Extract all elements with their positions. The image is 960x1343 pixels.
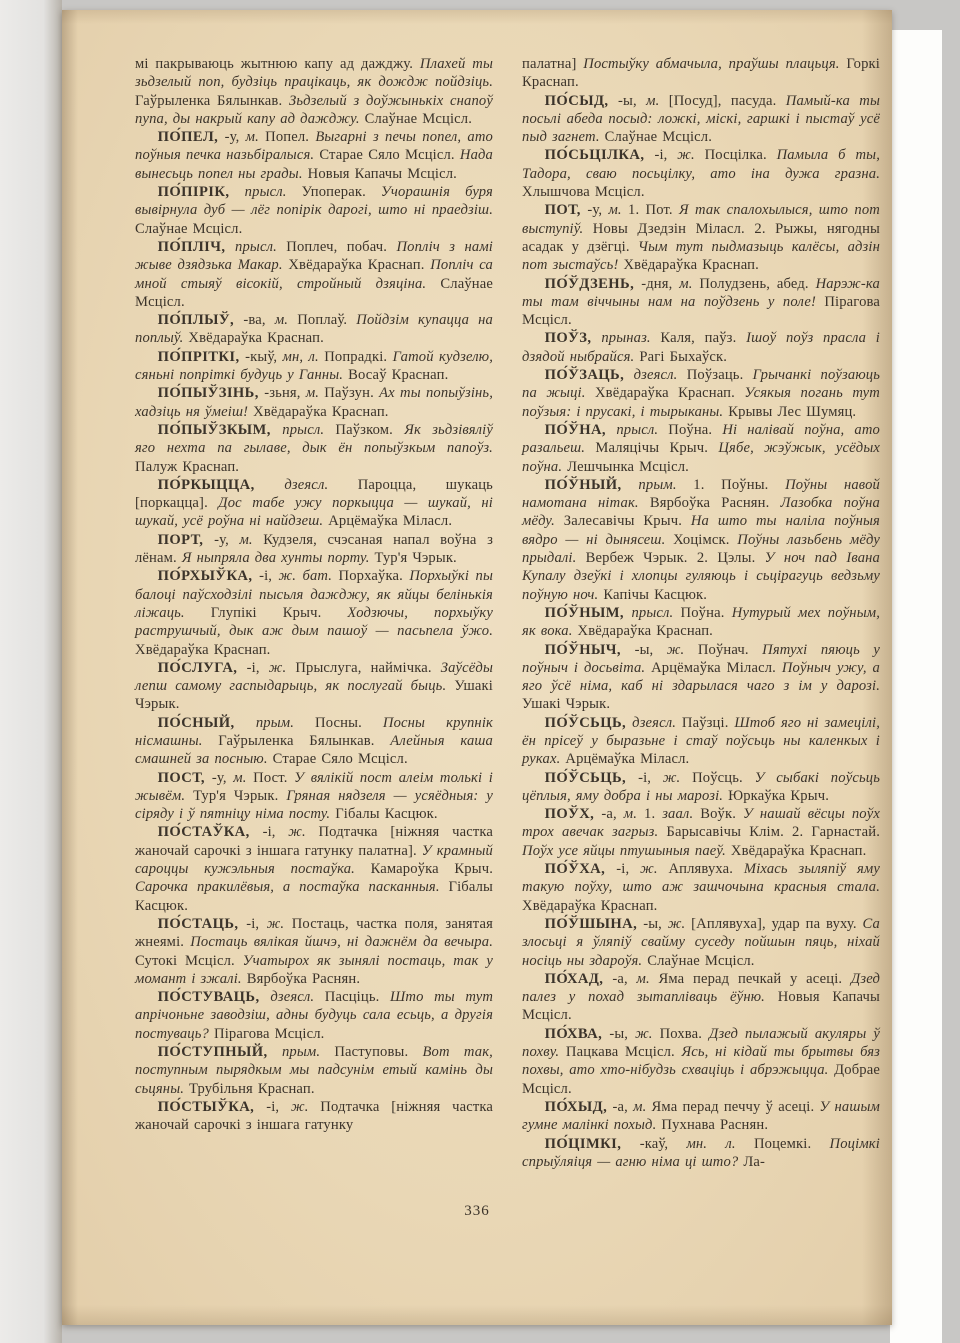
dictionary-entry: ПО́ХАД, -а, м. Яма перад печкай у асеці.… xyxy=(522,970,880,1025)
italic-text: прым. xyxy=(282,1044,334,1060)
regular-text: Слаўнае Мсцісл. xyxy=(605,129,712,145)
dictionary-entry: ПО́ПЛІЧ, прысл. Поплеч, побач. Попліч з … xyxy=(135,238,493,311)
headword: ПО́ЎНЫМ, xyxy=(545,605,632,621)
headword: ПОТ, xyxy=(545,202,588,218)
regular-text: Хвёдараўка Краснап. xyxy=(623,257,758,273)
regular-text: Хлышчова Мсцісл. xyxy=(522,184,645,200)
dictionary-entry: ПО́ПЕЛ, -у, м. Попел. Выгарні з печы поп… xyxy=(135,128,493,183)
regular-text: Хвёдараўка Краснап. xyxy=(595,385,744,401)
italic-text: ж. xyxy=(663,770,692,786)
regular-text: Ушакі Чэрык. xyxy=(522,696,610,712)
dictionary-entry: ПО́ПІРІК, прысл. Упоперак. Учорашнія бур… xyxy=(135,183,493,238)
regular-text: Гібалы Касцюк. xyxy=(335,806,438,822)
headword: ПОСТ, xyxy=(158,770,212,786)
italic-text: мн, л. xyxy=(283,349,325,365)
regular-text: -у, xyxy=(214,532,239,548)
regular-text: Пацкава Мсцісл. xyxy=(566,1044,682,1060)
italic-text: м. xyxy=(624,806,644,822)
scanner-background-left xyxy=(0,0,62,1343)
italic-text: дзеясл. xyxy=(270,989,324,1005)
regular-text: Поўна. xyxy=(681,605,732,621)
regular-text: Ла- xyxy=(743,1154,765,1170)
headword: ПО́ПЛЫЎ, xyxy=(158,312,244,328)
italic-text: ж. xyxy=(288,824,318,840)
regular-text: Каля, паўз. xyxy=(660,330,746,346)
regular-text: -а, xyxy=(613,1099,634,1115)
dictionary-entry: ПО́РХЫЎКА, -і, ж. бат. Порхаўка. Порхыўк… xyxy=(135,567,493,658)
regular-text: Аплявуха. xyxy=(668,861,743,877)
headword: ПО́ПРІТКІ, xyxy=(158,349,246,365)
regular-text: -ы, xyxy=(609,1026,635,1042)
regular-text: -кыў, xyxy=(245,349,282,365)
regular-text: Яма перад печкай у асеці. xyxy=(658,971,850,987)
italic-text: прым. xyxy=(638,477,693,493)
headword: ПО́ЎНЫЙ, xyxy=(545,477,639,493)
regular-text: Упоперак. xyxy=(302,184,381,200)
regular-text: Гаўрыленка Бялынкав. xyxy=(218,733,390,749)
regular-text: Поўзаць. xyxy=(687,367,753,383)
regular-text: Вярбоўка Раснян. xyxy=(247,971,360,987)
regular-text: Яма перад печчу ў асеці. xyxy=(652,1099,820,1115)
regular-text: Арцёмаўка Міласл. xyxy=(651,660,782,676)
dictionary-entry: ПО́РКЫЦЦА, дзеясл. Пароцца, шукаць [порк… xyxy=(135,476,493,531)
regular-text: Посны. xyxy=(315,715,383,731)
regular-text: -а, xyxy=(601,806,623,822)
dictionary-entry: ПО́СТЫЎКА, -і, ж. Подтачка [ніжняя частк… xyxy=(135,1098,493,1135)
dictionary-entry: ПО́ПЫЎЗІНЬ, -зьня, м. Паўзун. Ах ты попы… xyxy=(135,384,493,421)
regular-text: Сутокі Мсцісл. xyxy=(135,953,243,969)
dictionary-entry: ПОСТ, -у, м. Пост. У вялікій пост алеім … xyxy=(135,769,493,824)
scan-background: { "page_number": "336", "colors": { "pap… xyxy=(0,0,960,1343)
headword: ПО́ЎСЬЦЬ, xyxy=(545,715,633,731)
dictionary-entry: ПО́ЎНЫЧ, -ы, ж. Поўнач. Пятухі пяюць у п… xyxy=(522,641,880,714)
regular-text: Слаўнае Мсцісл. xyxy=(647,953,754,969)
regular-text: Трубільня Краснап. xyxy=(189,1081,315,1097)
headword: ПО́ЎХА, xyxy=(545,861,617,877)
dictionary-entry: ПО́ЎНА, прысл. Поўна. Ні налівай поўна, … xyxy=(522,421,880,476)
regular-text: Юркаўка Крыч. xyxy=(728,788,829,804)
italic-text: Постыўку абмачыла, праўшы плацьця. xyxy=(583,56,846,72)
regular-text: -у, xyxy=(212,770,233,786)
regular-text: Полудзень, абед. xyxy=(699,276,815,292)
headword: ПО́СНЫЙ, xyxy=(158,715,256,731)
regular-text: Арцёмаўка Міласл. xyxy=(565,751,689,767)
regular-text: -і, xyxy=(266,1099,291,1115)
italic-text: м. xyxy=(633,1099,651,1115)
headword: ПО́ХВА, xyxy=(545,1026,610,1042)
headword: ПО́ЎНЫЧ, xyxy=(545,642,635,658)
dictionary-entry: мі пакрываюць жытнюю капу ад дажджу. Пла… xyxy=(135,55,493,128)
regular-text: Пасціць. xyxy=(325,989,390,1005)
regular-text: Хвёдараўка Краснап. xyxy=(253,404,388,420)
dictionary-entry: ПО́ХЫД, -а, м. Яма перад печчу ў асеці. … xyxy=(522,1098,880,1135)
regular-text: Новыя Капачы Мсцісл. xyxy=(308,166,457,182)
dictionary-entry: ПО́ЎШЫНА, -ы, ж. [Аплявуха], удар па вух… xyxy=(522,915,880,970)
regular-text: Слаўнае Мсцісл. xyxy=(365,111,472,127)
regular-text: -ы, xyxy=(635,642,667,658)
dictionary-entry: ПОЎХ, -а, м. 1. заал. Воўк. У нашай вёсц… xyxy=(522,805,880,860)
regular-text: Хвёдараўка Краснап. xyxy=(578,623,713,639)
italic-text: м. xyxy=(637,971,659,987)
dictionary-entry: ПО́СТАЎКА, -і, ж. Подтачка [ніжняя частк… xyxy=(135,823,493,914)
italic-text: ж. xyxy=(677,147,704,163)
regular-text: -і, xyxy=(246,916,267,932)
regular-text: Хвёдараўка Краснап. xyxy=(288,257,430,273)
italic-text: Поўх усе яйцы птушыныя паеў. xyxy=(522,843,731,859)
headword: ПО́ПЫЎЗІНЬ, xyxy=(158,385,265,401)
italic-text: ж. xyxy=(269,660,296,676)
regular-text: Хоцімск. xyxy=(673,532,737,548)
regular-text: -у, xyxy=(587,202,608,218)
book-page: мі пакрываюць жытнюю капу ад дажджу. Пла… xyxy=(62,10,892,1325)
headword: ПО́СТУПНЫЙ, xyxy=(158,1044,282,1060)
regular-text: 1. Пот. xyxy=(628,202,679,218)
regular-text: -ы, xyxy=(643,916,668,932)
italic-text: м. xyxy=(246,129,265,145)
italic-text: дзеясл. xyxy=(284,477,357,493)
regular-text: Вярбоўка Раснян. xyxy=(650,495,781,511)
regular-text: Поўнач. xyxy=(698,642,762,658)
dictionary-entry: ПО́СЫД, -ы, м. [Посуд], пасуда. Памый-ка… xyxy=(522,92,880,147)
regular-text: -дня, xyxy=(641,276,679,292)
regular-text: Поплаў. xyxy=(297,312,356,328)
italic-text: прысл. xyxy=(616,422,668,438)
regular-text: Поўсць. xyxy=(692,770,755,786)
dictionary-entry: ПО́ЎДЗЕНЬ, -дня, м. Полудзень, абед. Нар… xyxy=(522,275,880,330)
italic-text: м. xyxy=(306,385,324,401)
italic-text: прысл. xyxy=(235,239,286,255)
regular-text: Капічы Касцюк. xyxy=(603,587,707,603)
regular-text: Паступовы. xyxy=(334,1044,422,1060)
dictionary-entry: ПО́ЎХА, -і, ж. Аплявуха. Міхась зыляпіў … xyxy=(522,860,880,915)
dictionary-entry: ПОТ, -у, м. 1. Пот. Я так спалохылыся, ш… xyxy=(522,201,880,274)
dictionary-entry: ПО́ПЛЫЎ, -ва, м. Поплаў. Пойдзім купацца… xyxy=(135,311,493,348)
italic-text: м. xyxy=(679,276,699,292)
headword: ПО́ХАД, xyxy=(545,971,613,987)
headword: ПО́ЎДЗЕНЬ, xyxy=(545,276,642,292)
italic-text: прым. xyxy=(256,715,315,731)
italic-text: Я ныпряла два хунты порту. xyxy=(182,550,375,566)
italic-text: ж. бат. xyxy=(279,568,339,584)
dictionary-entry: ПО́ПРІТКІ, -кыў, мн, л. Попрадкі. Гатой … xyxy=(135,348,493,385)
regular-text: Вербеж Чэрык. 2. Цэлы. xyxy=(586,550,765,566)
regular-text: Хвёдараўка Краснап. xyxy=(135,642,270,658)
regular-text: Пірагова Мсцісл. xyxy=(214,1026,324,1042)
regular-text: -і, xyxy=(616,861,640,877)
regular-text: Паўзці. xyxy=(682,715,734,731)
dictionary-entry: ПО́СТАЦЬ, -і, ж. Постаць, частка поля, з… xyxy=(135,915,493,988)
regular-text: Восаў Краснап. xyxy=(348,367,448,383)
regular-text: Палуж Краснап. xyxy=(135,459,239,475)
headword: ПОЎЗ, xyxy=(545,330,602,346)
adjacent-page-edge xyxy=(890,30,942,1343)
regular-text: Пухнава Раснян. xyxy=(661,1117,768,1133)
dictionary-entry: ПО́ЎСЬЦЬ, -і, ж. Поўсць. У сыбакі поўсьц… xyxy=(522,769,880,806)
regular-text: Тур'я Чэрык. xyxy=(193,788,286,804)
dictionary-entry: ПО́ЎНЫМ, прысл. Поўна. Нутурый мех поўны… xyxy=(522,604,880,641)
right-column: палатна] Постыўку абмачыла, праўшы плаць… xyxy=(522,55,880,1171)
italic-text: дзеясл. xyxy=(632,715,682,731)
headword: ПО́РХЫЎКА, xyxy=(158,568,259,584)
headword: ПО́ПЕЛ, xyxy=(158,129,225,145)
regular-text: -і, xyxy=(247,660,269,676)
headword: ПО́ЎНА, xyxy=(545,422,617,438)
regular-text: Прыслуга, наймічка. xyxy=(295,660,440,676)
regular-text: Паўзком. xyxy=(335,422,404,438)
italic-text: ж. xyxy=(267,916,292,932)
regular-text: -а, xyxy=(612,971,636,987)
dictionary-entry: ПОЎЗ, прыназ. Каля, паўз. Ішоў поўз прас… xyxy=(522,329,880,366)
headword: ПО́СЫД, xyxy=(545,93,618,109)
regular-text: -і, xyxy=(654,147,677,163)
headword: ПО́ЎСЬЦЬ, xyxy=(545,770,638,786)
italic-text: ж. xyxy=(640,861,668,877)
regular-text: Попел. xyxy=(265,129,315,145)
regular-text: Тур'я Чэрык. xyxy=(375,550,457,566)
headword: ПО́СТАЦЬ, xyxy=(158,916,247,932)
regular-text: Слаўнае Мсцісл. xyxy=(135,221,242,237)
regular-text: -ва, xyxy=(243,312,274,328)
dictionary-entry: ПО́СНЫЙ, прым. Посны. Посны крупнік нісм… xyxy=(135,714,493,769)
headword: ПО́ЎЗАЦЬ, xyxy=(545,367,634,383)
headword: ПО́ПІРІК, xyxy=(158,184,245,200)
regular-text: Старае Сяло Мсцісл. xyxy=(319,147,460,163)
italic-text: м. xyxy=(608,202,628,218)
regular-text: Гаўрыленка Бялынкав. xyxy=(135,93,289,109)
regular-text: Старае Сяло Мсцісл. xyxy=(273,751,408,767)
italic-text: ж. xyxy=(635,1026,659,1042)
dictionary-entry: ПО́СТУВАЦЬ, дзеясл. Пасціць. Што ты тут … xyxy=(135,988,493,1043)
dictionary-entry: ПО́ЦІМКІ, -каў, мн. л. Поцемкі. Поцімкі … xyxy=(522,1135,880,1172)
regular-text: -у, xyxy=(225,129,246,145)
regular-text: Воўк. xyxy=(700,806,743,822)
regular-text: Посцілка. xyxy=(705,147,777,163)
italic-text: Сарочка пракилёвыя, а постаўка пасканныя… xyxy=(135,879,448,895)
regular-text: Попрадкі. xyxy=(324,349,392,365)
dictionary-entry: ПО́ЎЗАЦЬ, дзеясл. Поўзаць. Грычанкі поўз… xyxy=(522,366,880,421)
regular-text: -каў, xyxy=(640,1136,687,1152)
italic-text: прыназ. xyxy=(601,330,660,346)
italic-text: прысл. xyxy=(282,422,335,438)
page-number: 336 xyxy=(62,1203,892,1220)
italic-text: прысл. xyxy=(245,184,302,200)
italic-text: м. xyxy=(275,312,297,328)
headword: ПО́ХЫД, xyxy=(545,1099,613,1115)
regular-text: 1. xyxy=(644,806,662,822)
regular-text: Поцемкі. xyxy=(754,1136,830,1152)
dictionary-entry: палатна] Постыўку абмачыла, праўшы плаць… xyxy=(522,55,880,92)
regular-text: 1. Поўны. xyxy=(693,477,785,493)
headword: ПО́ПЛІЧ, xyxy=(158,239,235,255)
regular-text: [Аплявуха], удар па вуху. xyxy=(691,916,862,932)
regular-text: Лешчынка Мсцісл. xyxy=(567,459,689,475)
regular-text: Хвёдараўка Краснап. xyxy=(522,898,657,914)
regular-text: -ы, xyxy=(618,93,646,109)
regular-text: Поплеч, побач. xyxy=(286,239,396,255)
dictionary-entry: ПО́СТУПНЫЙ, прым. Паступовы. Вот так, по… xyxy=(135,1043,493,1098)
regular-text: [Посуд], пасуда. xyxy=(669,93,786,109)
regular-text: Поўна. xyxy=(668,422,722,438)
italic-text: ж. xyxy=(667,642,698,658)
headword: ПО́СЬЦІЛКА, xyxy=(545,147,655,163)
italic-text: Постаць вялікая йшчэ, ні дажнём да вечыр… xyxy=(190,934,493,950)
dictionary-entry: ПОРТ, -у, м. Кудзеля, счэсаная напал воў… xyxy=(135,531,493,568)
regular-text: -і, xyxy=(638,770,663,786)
regular-text: -і, xyxy=(263,824,289,840)
regular-text: Крывы Лес Шумяц. xyxy=(728,404,856,420)
headword: ПО́РКЫЦЦА, xyxy=(158,477,285,493)
headword: ПО́СЛУГА, xyxy=(158,660,247,676)
regular-text: Похва. xyxy=(660,1026,709,1042)
left-column: мі пакрываюць жытнюю капу ад дажджу. Пла… xyxy=(135,55,493,1171)
regular-text: Маляцічы Крыч. xyxy=(595,440,718,456)
regular-text: палатна] xyxy=(522,56,583,72)
headword: ПО́СТУВАЦЬ, xyxy=(158,989,271,1005)
dictionary-entry: ПО́ЎНЫЙ, прым. 1. Поўны. Поўны навой нам… xyxy=(522,476,880,604)
italic-text: ж. xyxy=(668,916,691,932)
regular-text: Глупікі Крыч. xyxy=(211,605,348,621)
dictionary-entry: ПО́ПЫЎЗКЫМ, прысл. Паўзком. Як зьдзівялі… xyxy=(135,421,493,476)
headword: ПОРТ, xyxy=(158,532,215,548)
regular-text: Рагі Быхаўск. xyxy=(639,349,727,365)
headword: ПО́ЎШЫНА, xyxy=(545,916,644,932)
italic-text: заал. xyxy=(662,806,700,822)
dictionary-entry: ПО́ХВА, -ы, ж. Похва. Дзед пылажый акуля… xyxy=(522,1025,880,1098)
italic-text: м. xyxy=(646,93,669,109)
regular-text: -і, xyxy=(259,568,278,584)
headword: ПО́ПЫЎЗКЫМ, xyxy=(158,422,283,438)
dictionary-entry: ПО́ЎСЬЦЬ, дзеясл. Паўзці. Штоб яго ні за… xyxy=(522,714,880,769)
regular-text: Хвёдараўка Краснап. xyxy=(188,330,323,346)
regular-text: Пост. xyxy=(253,770,294,786)
regular-text: Залесавічы Крыч. xyxy=(564,513,691,529)
headword: ПО́ЦІМКІ, xyxy=(545,1136,640,1152)
dictionary-entry: ПО́СЬЦІЛКА, -і, ж. Посцілка. Памыла б ты… xyxy=(522,146,880,201)
italic-text: дзеясл. xyxy=(634,367,687,383)
regular-text: Паўзун. xyxy=(324,385,379,401)
regular-text: Порхаўка. xyxy=(339,568,410,584)
regular-text: Хвёдараўка Краснап. xyxy=(731,843,866,859)
italic-text: прысл. xyxy=(631,605,680,621)
headword: ПО́СТАЎКА, xyxy=(158,824,263,840)
regular-text: Арцёмаўка Міласл. xyxy=(328,513,452,529)
italic-text: м. xyxy=(233,770,253,786)
regular-text: мі пакрываюць жытнюю капу ад дажджу. xyxy=(135,56,420,72)
regular-text: -зьня, xyxy=(264,385,306,401)
italic-text: мн. л. xyxy=(686,1136,753,1152)
italic-text: ж. xyxy=(291,1099,320,1115)
headword: ПОЎХ, xyxy=(545,806,602,822)
regular-text: Барысавічы Клім. 2. Гарнастай. xyxy=(666,824,880,840)
text-area: мі пакрываюць жытнюю капу ад дажджу. Пла… xyxy=(135,55,880,1171)
italic-text: м. xyxy=(239,532,263,548)
headword: ПО́СТЫЎКА, xyxy=(158,1099,267,1115)
dictionary-entry: ПО́СЛУГА, -і, ж. Прыслуга, наймічка. Заў… xyxy=(135,659,493,714)
regular-text: Камароўка Крыч. xyxy=(371,861,493,877)
